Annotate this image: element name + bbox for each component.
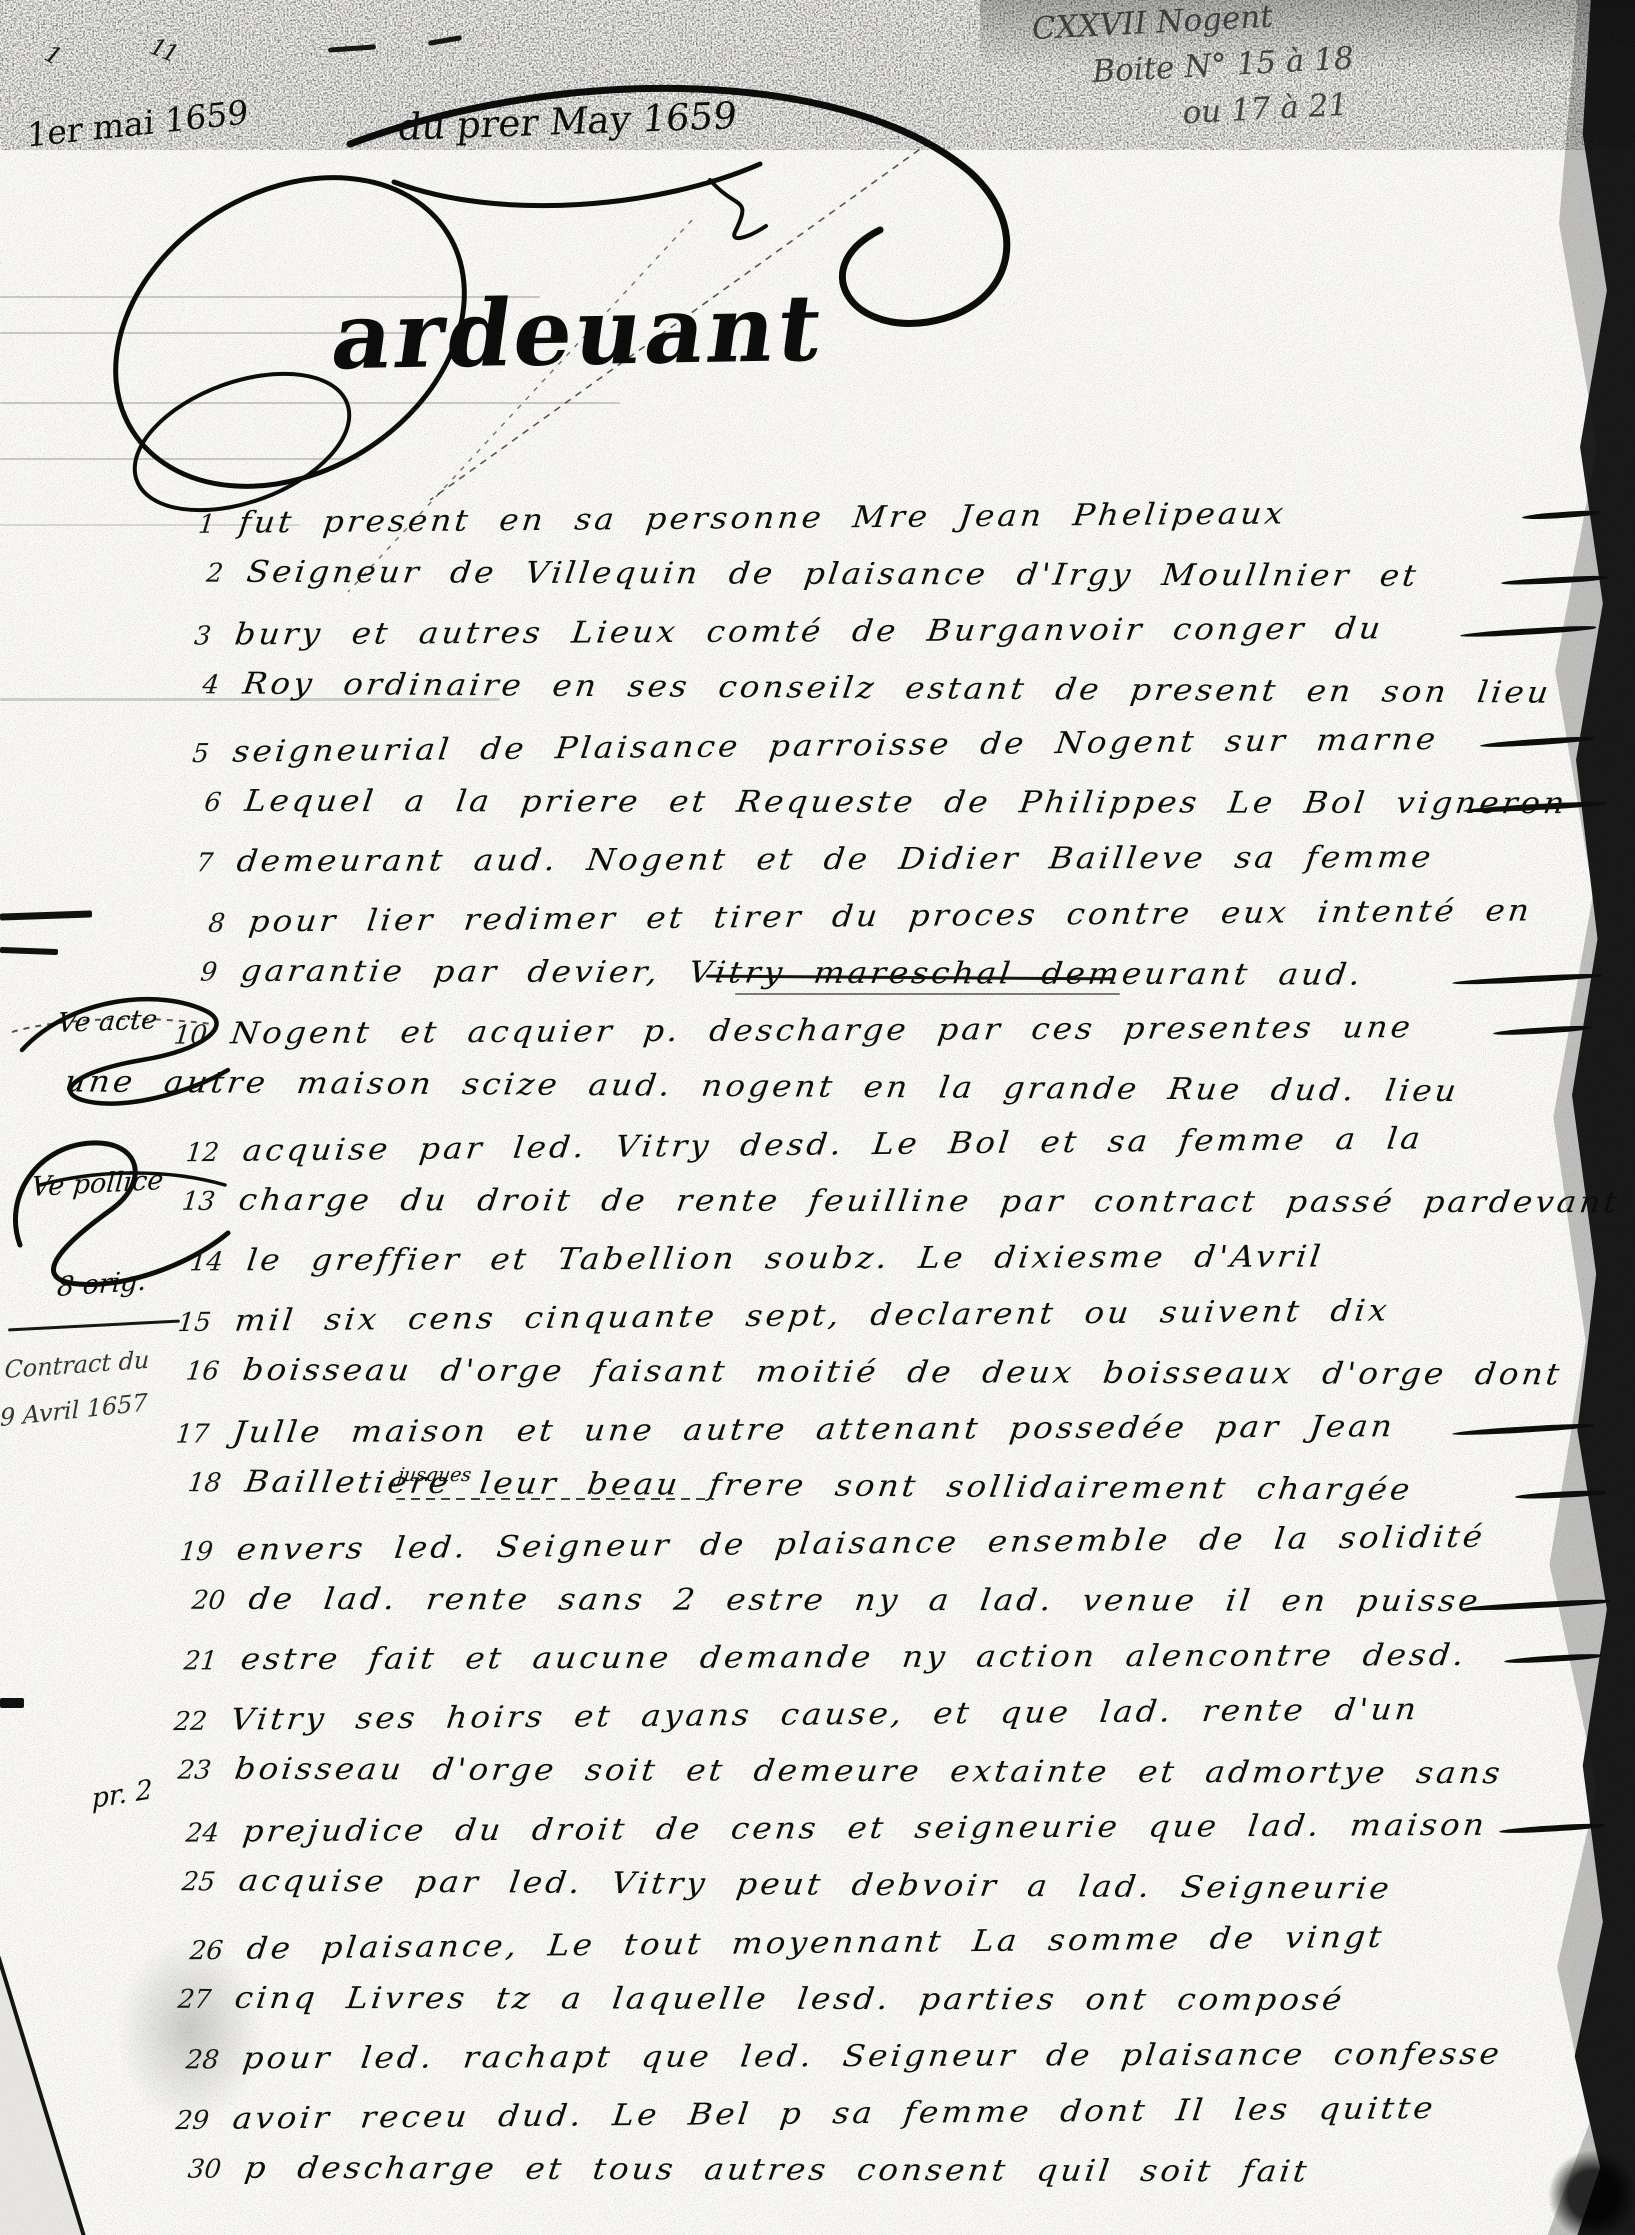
manuscript-line: 2 Seigneur de Villequin de plaisance d'I… xyxy=(157,552,1612,614)
line-text: p descharge et tous autres consent quil … xyxy=(243,2151,1312,2190)
line-text: boisseau d'orge soit et demeure extainte… xyxy=(233,1752,1505,1791)
line-number: 25 xyxy=(147,1867,216,1897)
line-number: 22 xyxy=(140,1707,209,1738)
manuscript-line: 15 mil six cens cinquante sept, declaren… xyxy=(145,1290,1600,1360)
manuscript-line: 27 cinq Livres tz a laquelle lesd. parti… xyxy=(145,1979,1600,2039)
line-number: 14 xyxy=(155,1247,224,1277)
line-filler-dash xyxy=(1504,1653,1602,1664)
line-text: Julle maison et une autre attenant posse… xyxy=(231,1409,1397,1450)
line-filler-dash xyxy=(1499,1822,1604,1834)
line-text: de lad. rente sans 2 estre ny a lad. ven… xyxy=(247,1582,1483,1619)
line-number: 15 xyxy=(144,1308,213,1339)
manuscript-line: 7 demeurant aud. Nogent et de Didier Bai… xyxy=(147,837,1602,899)
center-date: du prer May 1659 xyxy=(396,94,739,149)
line-number: 29 xyxy=(142,2106,211,2137)
stray-pen-dash xyxy=(328,44,376,52)
archive-note: CXXVII Nogent Boite N° 15 à 18 ou 17 à 2… xyxy=(1031,0,1357,144)
manuscript-line: 3 bury et autres Lieux comté de Burganvo… xyxy=(145,608,1600,673)
heading-pardevant: ardeuant xyxy=(325,274,831,391)
line-text: cinq Livres tz a laquelle lesd. parties … xyxy=(233,1981,1347,2018)
line-number: 13 xyxy=(147,1187,216,1217)
line-text: envers led. Seigneur de plaisance ensemb… xyxy=(235,1520,1487,1568)
line-filler-dash xyxy=(1452,1423,1594,1437)
line-number: 12 xyxy=(152,1138,221,1169)
center-date-flourish xyxy=(380,138,840,248)
manuscript-line: 13 charge du droit de rente feuilline pa… xyxy=(149,1181,1604,1241)
line-text: demeurant aud. Nogent et de Didier Baill… xyxy=(235,840,1436,879)
line-number: 18 xyxy=(153,1468,222,1498)
line-text: estre fait et aucune demande ny action a… xyxy=(239,1638,1469,1677)
line-number: 19 xyxy=(146,1537,215,1568)
line-text: pour lier redimer et tirer du proces con… xyxy=(247,893,1534,939)
line-text: une autre maison scize aud. nogent en la… xyxy=(63,1064,1462,1109)
line-text: Seigneur de Villequin de plaisance d'Irg… xyxy=(245,555,1421,594)
margin-note-contract-line1: Contract du xyxy=(4,1346,150,1384)
line-text: charge du droit de rente feuilline par c… xyxy=(237,1183,1622,1220)
manuscript-line: 17 Julle maison et une autre attenant po… xyxy=(143,1406,1598,1471)
line-text: bury et autres Lieux comté de Burganvoir… xyxy=(233,611,1385,652)
line-text: prejudice du droit de cens et seigneurie… xyxy=(241,1808,1489,1850)
manuscript-line: 28 pour led. rachapt que led. Seigneur d… xyxy=(153,2034,1608,2096)
date-note: 1er mai 1659 xyxy=(26,92,249,155)
line-text: mil six cens cinquante sept, declarent o… xyxy=(233,1293,1392,1338)
manuscript-line: 26 de plaisance, Le tout moyennant La so… xyxy=(157,1915,1613,1987)
line-text: Roy ordinaire en ses conseilz estant de … xyxy=(241,667,1554,711)
line-number: 30 xyxy=(153,2154,222,2184)
scan-streak xyxy=(0,458,360,460)
line-number: 10 xyxy=(139,1020,208,1050)
line-filler-dash xyxy=(1480,735,1594,748)
line-filler-dash xyxy=(1461,1598,1610,1612)
line-number: 8 xyxy=(158,909,227,940)
line-filler-dash xyxy=(1493,1025,1592,1037)
line-number: 26 xyxy=(156,1936,225,1967)
manuscript-line: 1 fut present en sa personne Mre Jean Ph… xyxy=(149,492,1604,562)
line-text: fut present en sa personne Mre Jean Phel… xyxy=(237,496,1288,540)
line-filler-dash xyxy=(1522,510,1600,521)
stray-pen-dash xyxy=(428,35,462,46)
line-number: 28 xyxy=(151,2045,220,2075)
line-text: boisseau d'orge faisant moitié de deux b… xyxy=(241,1353,1565,1393)
line-text: seigneurial de Plaisance parroisse de No… xyxy=(231,722,1440,770)
manuscript-page: 1 11 CXXVII Nogent Boite N° 15 à 18 ou 1… xyxy=(0,0,1635,2235)
line-text: garantie par devier, Vitry mareschal dem… xyxy=(239,954,1366,993)
line-filler-dash xyxy=(1501,575,1608,586)
line-number: 17 xyxy=(141,1419,210,1449)
manuscript-line: 22 Vitry ses hoirs et ayans cause, et qu… xyxy=(141,1689,1596,1759)
line-text: de plaisance, Le tout moyennant La somme… xyxy=(245,1920,1387,1967)
line-number: 5 xyxy=(142,739,211,770)
line-number: 27 xyxy=(143,1985,212,2015)
margin-note-orig: 8 orig. xyxy=(56,1266,147,1303)
line-number: 16 xyxy=(151,1356,220,1386)
line-text: acquise par led. Vitry desd. Le Bol et s… xyxy=(241,1121,1425,1168)
manuscript-line: 19 envers led. Seigneur de plaisance ens… xyxy=(147,1516,1603,1588)
line-number: 3 xyxy=(143,621,212,651)
manuscript-lines: 1 fut present en sa personne Mre Jean Ph… xyxy=(145,498,1600,2208)
ink-edge-mark xyxy=(0,947,58,955)
stray-pen-mark: 1 xyxy=(40,39,67,71)
manuscript-line: 29 avoir receu dud. Le Bel p sa femme do… xyxy=(143,2088,1598,2158)
stray-pen-mark: 11 xyxy=(146,32,181,68)
line-filler-dash xyxy=(1452,973,1602,986)
manuscript-line: 21 estre fait et aucune demande ny actio… xyxy=(151,1635,1606,1697)
manuscript-line: 20 de lad. rente sans 2 estre ny a lad. … xyxy=(159,1580,1614,1640)
line-number: 21 xyxy=(149,1646,218,1676)
line-text: acquise par led. Vitry peut debvoir a la… xyxy=(237,1864,1395,1907)
line-number: 2 xyxy=(155,558,224,588)
manuscript-line: 23 boisseau d'orge soit et demeure extai… xyxy=(145,1749,1600,1811)
manuscript-line: 12 acquise par led. Vitry desd. Le Bol e… xyxy=(153,1117,1609,1189)
line-number: 4 xyxy=(151,670,220,700)
line-filler-dash xyxy=(1460,625,1596,639)
manuscript-line: 14 le greffier et Tabellion soubz. Le di… xyxy=(157,1236,1612,1298)
ink-edge-mark xyxy=(0,910,92,920)
manuscript-line: 9 garantie par devier, Vitry mareschal d… xyxy=(151,951,1606,1013)
line-number: 6 xyxy=(153,788,222,818)
ink-edge-mark xyxy=(0,1698,24,1708)
line-text: Vitry ses hoirs et ayans cause, et que l… xyxy=(229,1692,1421,1737)
manuscript-line: 6 Lequel a la priere et Requeste de Phil… xyxy=(155,782,1610,842)
margin-note-contract-line2: 9 Avril 1657 xyxy=(0,1388,148,1432)
line-filler-dash xyxy=(1515,1490,1606,1500)
line-number: 7 xyxy=(145,848,214,878)
line-text: le greffier et Tabellion soubz. Le dixie… xyxy=(245,1239,1326,1278)
manuscript-line: 16 boisseau d'orge faisant moitié de deu… xyxy=(153,1350,1608,1412)
line-number: 1 xyxy=(148,510,217,541)
line-text: pour led. rachapt que led. Seigneur de p… xyxy=(241,2037,1504,2076)
line-text: Lequel a la priere et Requeste de Philip… xyxy=(243,784,1570,821)
manuscript-line: 5 seigneurial de Plaisance parroisse de … xyxy=(143,718,1599,790)
line-text: avoir receu dud. Le Bel p sa femme dont … xyxy=(231,2091,1438,2137)
line-text: Nogent et acquier p. descharge par ces p… xyxy=(229,1010,1415,1051)
manuscript-line: 10 Nogent et acquier p. descharge par ce… xyxy=(141,1007,1596,1072)
manuscript-line: 8 pour lier redimer et tirer du proces c… xyxy=(159,891,1614,961)
line-number: 23 xyxy=(143,1755,212,1785)
manuscript-line: 30 p descharge et tous autres consent qu… xyxy=(155,2148,1610,2210)
line-text: Bailletiere leur beau frere sont sollida… xyxy=(243,1465,1415,1508)
line-number: 24 xyxy=(151,1818,220,1848)
scan-streak xyxy=(0,402,620,404)
line-number: 20 xyxy=(157,1586,226,1616)
line-number: 9 xyxy=(149,957,218,987)
manuscript-line: 24 prejudice du droit de cens et seigneu… xyxy=(153,1805,1608,1870)
